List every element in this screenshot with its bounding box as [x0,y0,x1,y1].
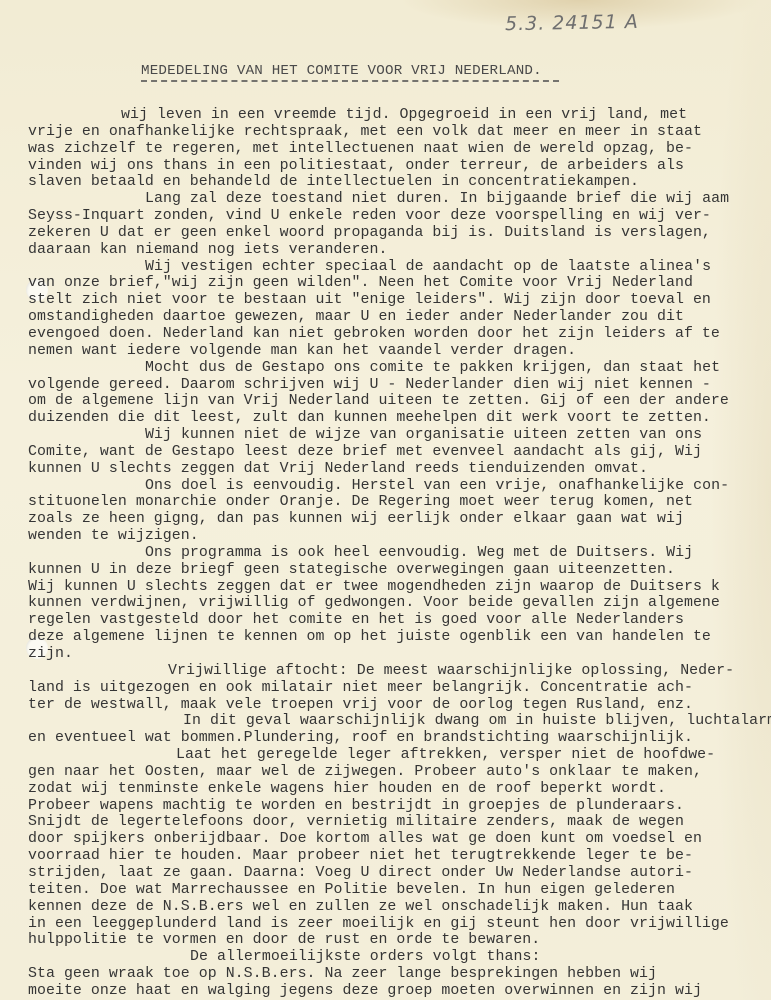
text-line: was zichzelf te regeren, met intellectue… [28,141,748,158]
text-line: strijden, laat ze gaan. Daarna: Voeg U d… [28,865,748,882]
text-line: Wij vestigen echter speciaal de aandacht… [28,259,748,276]
text-line: zodat wij tenminste enkele wagens hier h… [28,781,748,798]
text-line: om de algemene lijn van Vrij Nederland u… [28,393,748,410]
text-line: Vrijwillige aftocht: De meest waarschijn… [28,663,748,680]
text-line: en eventueel wat bommen.Plundering, roof… [28,730,748,747]
text-line: Ons doel is eenvoudig. Herstel van een v… [28,478,748,495]
document-body: wij leven in een vreemde tijd. Opgegroei… [28,107,748,1000]
text-line: Mocht dus de Gestapo ons comite te pakke… [28,360,748,377]
text-line: vrije en onafhankelijke rechtspraak, met… [28,124,748,141]
text-line: nemen want iedere volgende man kan het v… [28,343,748,360]
text-line: wij leven in een vreemde tijd. Opgegroei… [28,107,748,124]
text-line: zekeren U dat er geen enkel woord propag… [28,225,748,242]
text-line: evengoed doen. Nederland kan niet gebrok… [28,326,748,343]
text-line: in een leeggeplunderd land is zeer moeil… [28,916,748,933]
text-line: In dit geval waarschijnlijk dwang om in … [28,713,748,730]
text-line: stelt zich niet voor te bestaan uit "eni… [28,292,748,309]
text-line: wenden te wijzigen. [28,528,748,545]
text-line: kennen deze de N.S.B.ers wel en zullen z… [28,899,748,916]
text-line: door spijkers onberijdbaar. Doe kortom a… [28,831,748,848]
title-underline [141,80,559,82]
text-line: Comite, want de Gestapo leest deze brief… [28,444,748,461]
text-line: van onze brief,"wij zijn geen wilden". N… [28,275,748,292]
text-line: duizenden die dit leest, zult dan kunnen… [28,410,748,427]
text-line: slaven betaald en behandeld de intellect… [28,174,748,191]
text-line: zijn. [28,646,748,663]
text-line: land is uitgezogen en ook milatair niet … [28,680,748,697]
text-line: regelen vastgesteld door het comite en h… [28,612,748,629]
text-line: Wij kunnen U slechts zeggen dat er twee … [28,579,748,596]
archive-number: 5.3. 24151 A [505,11,639,35]
text-line: zoals ze heen gigng, dan pas kunnen wij … [28,511,748,528]
text-line: deze algemene lijnen te kennen om op het… [28,629,748,646]
text-line: voorraad hier te houden. Maar probeer ni… [28,848,748,865]
text-line: Wij kunnen niet de wijze van organisatie… [28,427,748,444]
text-line: vinden wij ons thans in een politiestaat… [28,158,748,175]
text-line: hulppolitie te vormen en door de rust en… [28,932,748,949]
text-line: moeite onze haat en walging jegens deze … [28,983,748,1000]
text-line: volgende gereed. Daarom schrijven wij U … [28,377,748,394]
text-line: Lang zal deze toestand niet duren. In bi… [28,191,748,208]
text-line: teiten. Doe wat Marrechaussee en Politie… [28,882,748,899]
text-line: ter de westwall, maak vele troepen vrij … [28,697,748,714]
text-line: daaraan kan niemand nog iets veranderen. [28,242,748,259]
text-line: kunnen verdwijnen, vrijwillig of gedwong… [28,595,748,612]
document-title: MEDEDELING VAN HET COMITE VOOR VRIJ NEDE… [141,63,542,79]
text-line: Laat het geregelde leger aftrekken, vers… [28,747,748,764]
text-line: omstandigheden daartoe gewezen, maar U e… [28,309,748,326]
text-line: Snijdt de legertelefoons door, vernietig… [28,814,748,831]
text-line: Seyss-Inquart zonden, vind U enkele rede… [28,208,748,225]
text-line: De allermoeilijkste orders volgt thans: [28,949,748,966]
text-line: Sta geen wraak toe op N.S.B.ers. Na zeer… [28,966,748,983]
text-line: stituonelen monarchie onder Oranje. De R… [28,494,748,511]
text-line: kunnen U in deze briegf geen stategische… [28,562,748,579]
text-line: Probeer wapens machtig te worden en best… [28,798,748,815]
text-line: gen naar het Oosten, maar wel de zijwege… [28,764,748,781]
text-line: Ons programma is ook heel eenvoudig. Weg… [28,545,748,562]
text-line: kunnen U slechts zeggen dat Vrij Nederla… [28,461,748,478]
